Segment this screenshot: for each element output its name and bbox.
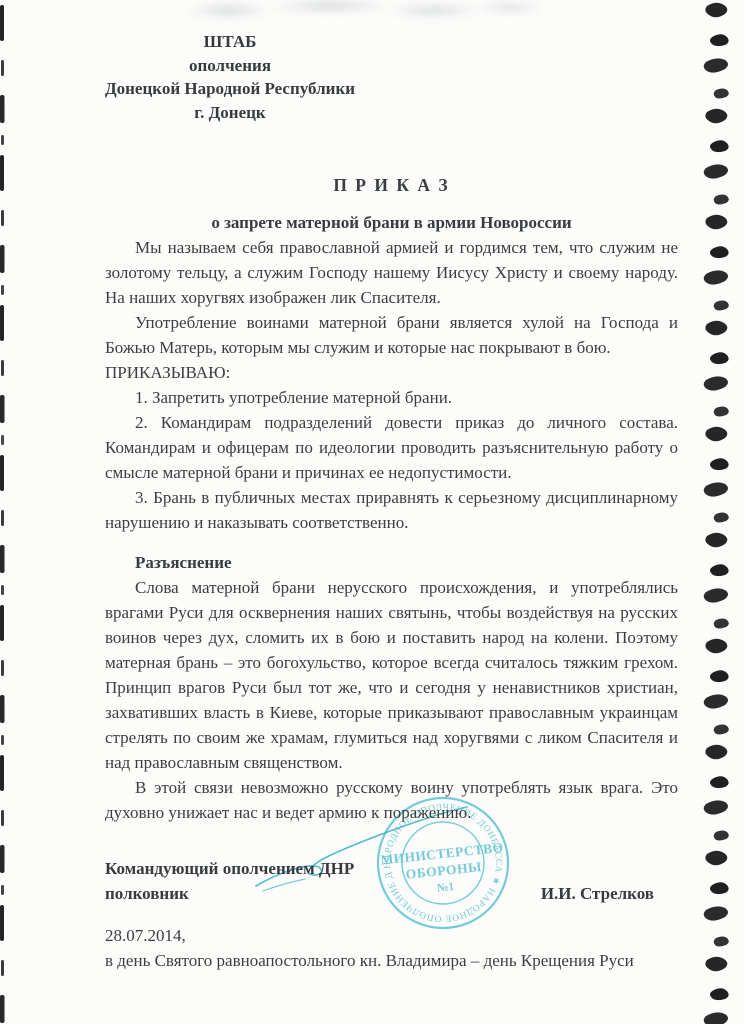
order-title: П Р И К А З — [105, 173, 678, 198]
letterhead: ШТАБ ополчения Донецкой Народной Республ… — [101, 30, 359, 124]
letterhead-line-militia: ополчения — [101, 54, 359, 78]
document-body: ШТАБ ополчения Донецкой Народной Республ… — [105, 0, 678, 973]
torn-edge-right — [702, 0, 732, 1024]
signatory-rank: полковник — [105, 881, 354, 906]
decree-heading: ПРИКАЗЫВАЮ: — [105, 360, 678, 385]
preamble-paragraph-1: Мы называем себя православной армией и г… — [105, 235, 678, 310]
explanation-heading: Разъяснение — [105, 550, 678, 575]
decree-item-3: 3. Брань в публичных местах приравнять к… — [105, 485, 678, 535]
signatory-position: Командующий ополчением ДНР полковник — [105, 856, 354, 906]
explanation-paragraph-2: В этой связи невозможно русскому воину у… — [105, 775, 678, 825]
explanation-paragraph-1: Слова матерной брани нерусского происхож… — [105, 575, 678, 775]
scanned-document-page: НАРОДНОЕ ОПОЛЧЕНИЕ ДОНБАССА ★ НАРОДНОЕ О… — [0, 0, 744, 1024]
letterhead-line-city: г. Донецк — [101, 101, 359, 125]
letterhead-line-staff: ШТАБ — [101, 30, 359, 54]
decree-item-2: 2. Командирам подразделений довести прик… — [105, 410, 678, 485]
order-date-note: в день Святого равноапостольного кн. Вла… — [105, 948, 678, 973]
signature-block: Командующий ополчением ДНР полковник И.И… — [105, 856, 678, 906]
order-subtitle: о запрете матерной брани в армии Новорос… — [105, 210, 678, 235]
signatory-name: И.И. Стрелков — [541, 881, 678, 906]
order-date: 28.07.2014, — [105, 923, 678, 948]
decree-item-1: 1. Запретить употребление матерной брани… — [105, 385, 678, 410]
letterhead-line-republic: Донецкой Народной Республики — [101, 77, 359, 101]
scan-bleedthrough-smudge — [160, 0, 540, 24]
torn-edge-left — [0, 0, 10, 1024]
signatory-position-line1: Командующий ополчением ДНР — [105, 856, 354, 881]
preamble-paragraph-2: Употребление воинами матерной брани явля… — [105, 310, 678, 360]
